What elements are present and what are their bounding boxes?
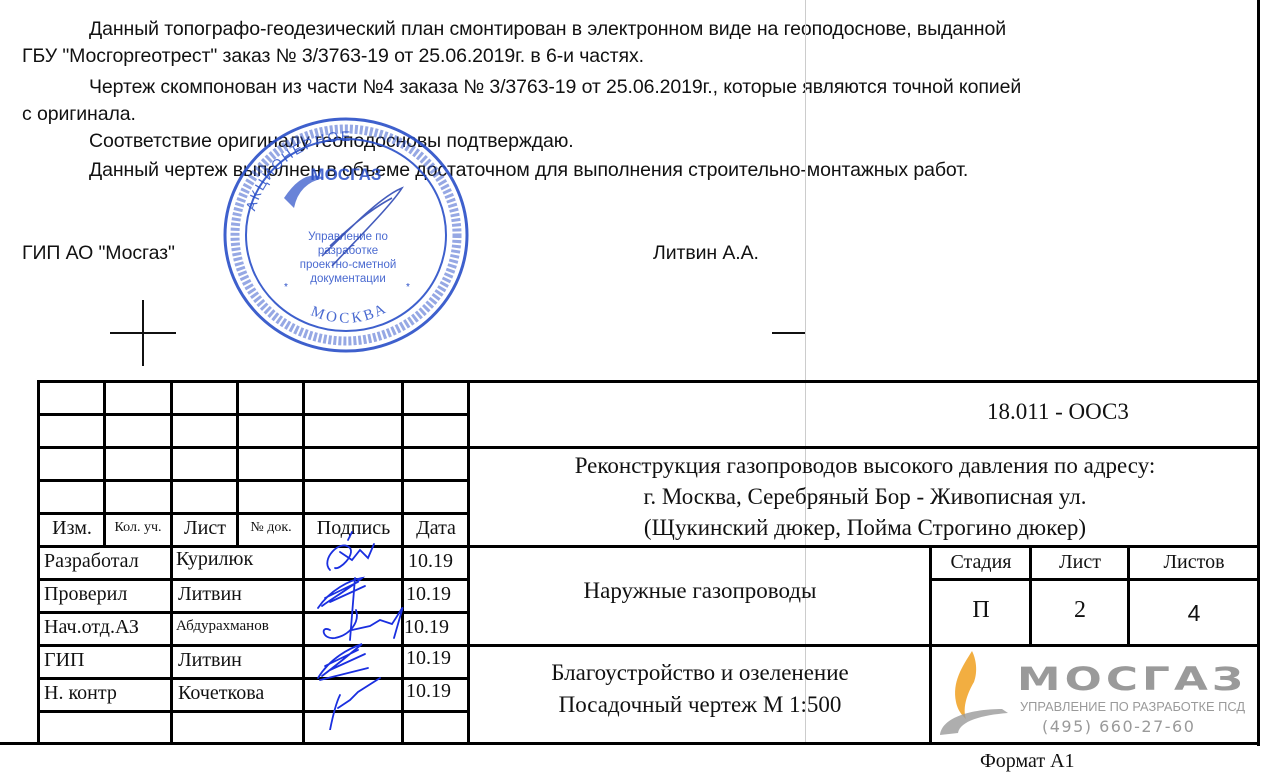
svg-text:УПРАВЛЕНИЕ ПО РАЗРАБОТКЕ ПСД: УПРАВЛЕНИЕ ПО РАЗРАБОТКЕ ПСД xyxy=(1020,699,1245,714)
project-title-line-1: Реконструкция газопроводов высокого давл… xyxy=(470,450,1260,481)
header-kol-uch: Кол. уч. xyxy=(106,520,170,536)
titleblock-top xyxy=(37,380,1260,383)
header-doc-no: № док. xyxy=(239,520,303,536)
sheet-title-line-2: Посадочный чертеж М 1:500 xyxy=(470,689,930,721)
tick-mark xyxy=(772,332,805,334)
note-line-3: Чертеж скомпонован из части №4 заказа № … xyxy=(89,76,1021,99)
sheets-value: 4 xyxy=(1130,600,1258,627)
name-chief-engineer: Литвин xyxy=(178,649,242,672)
name-norm-control: Кочеткова xyxy=(178,682,264,705)
project-title-line-3: (Щукинский дюкер, Пойма Строгино дюкер) xyxy=(470,512,1260,543)
frame-bottom xyxy=(0,742,1260,745)
project-title: Реконструкция газопроводов высокого давл… xyxy=(470,450,1260,543)
stage-value: П xyxy=(932,597,1030,624)
sheet-title-line-1: Благоустройство и озеленение xyxy=(470,657,930,689)
flame-icon xyxy=(955,651,976,719)
name-developed: Курилюк xyxy=(176,548,253,571)
header-izm: Изм. xyxy=(40,517,104,540)
svg-text:документации: документации xyxy=(310,273,386,285)
grid-line xyxy=(170,380,173,745)
note-line-1: Данный топографо-геодезический план смон… xyxy=(89,18,1006,41)
handwritten-signatures xyxy=(300,530,420,730)
note-line-2: ГБУ "Мосгоргеотрест" заказ № 3/3763-19 о… xyxy=(22,45,644,68)
role-developed: Разработал xyxy=(44,550,139,573)
role-chief-engineer: ГИП xyxy=(44,649,84,672)
svg-text:Управление по: Управление по xyxy=(308,231,388,243)
sheet-header: Лист xyxy=(1032,551,1128,574)
grid-line xyxy=(929,578,1260,581)
svg-text:*: * xyxy=(406,282,410,293)
project-title-line-2: г. Москва, Серебряный Бор - Живописная у… xyxy=(470,481,1260,512)
format-label: Формат А1 xyxy=(980,750,1075,773)
crosshair-vertical xyxy=(142,300,144,366)
svg-text:МОСКВА: МОСКВА xyxy=(309,300,391,327)
frame-right xyxy=(1257,0,1260,746)
mosgaz-logo: МОСГАЗ УПРАВЛЕНИЕ ПО РАЗРАБОТКЕ ПСД (495… xyxy=(932,647,1258,742)
name-dept-head: Абдурахманов xyxy=(176,618,269,635)
guide-line xyxy=(805,0,806,743)
company-seal: АКЦИОНЕРНОЕ МОСКВА МОСГАЗ Управление по … xyxy=(222,116,470,354)
section-title: Наружные газопроводы xyxy=(470,578,930,604)
note-line-6: Данный чертеж выполнен в объеме достаточ… xyxy=(89,159,968,182)
name-checked: Литвин xyxy=(178,583,242,606)
signoff-position: ГИП АО "Мосгаз" xyxy=(22,242,175,265)
role-dept-head: Нач.отд.АЗ xyxy=(44,616,139,639)
svg-text:(495) 660-27-60: (495) 660-27-60 xyxy=(1042,717,1195,736)
sheet-value: 2 xyxy=(1032,597,1128,624)
signoff-name: Литвин А.А. xyxy=(653,242,759,265)
grid-line xyxy=(37,512,469,515)
svg-text:*: * xyxy=(284,282,288,293)
grid-line xyxy=(37,413,469,416)
svg-text:МОСГАЗ: МОСГАЗ xyxy=(310,165,381,184)
stage-header: Стадия xyxy=(932,551,1030,574)
sheets-header: Листов xyxy=(1130,551,1258,574)
sheet-title: Благоустройство и озеленение Посадочный … xyxy=(470,657,930,721)
svg-text:МОСГАЗ: МОСГАЗ xyxy=(1017,660,1247,698)
role-norm-control: Н. контр xyxy=(44,682,117,705)
role-checked: Проверил xyxy=(44,583,127,606)
grid-line xyxy=(37,446,1260,449)
grid-line xyxy=(37,479,469,482)
header-list: Лист xyxy=(173,517,237,540)
note-line-4: с оригинала. xyxy=(22,103,136,126)
titleblock-left xyxy=(37,380,40,745)
svg-text:проектно-сметной: проектно-сметной xyxy=(300,259,397,271)
document-code: 18.011 - ООС3 xyxy=(987,399,1129,425)
